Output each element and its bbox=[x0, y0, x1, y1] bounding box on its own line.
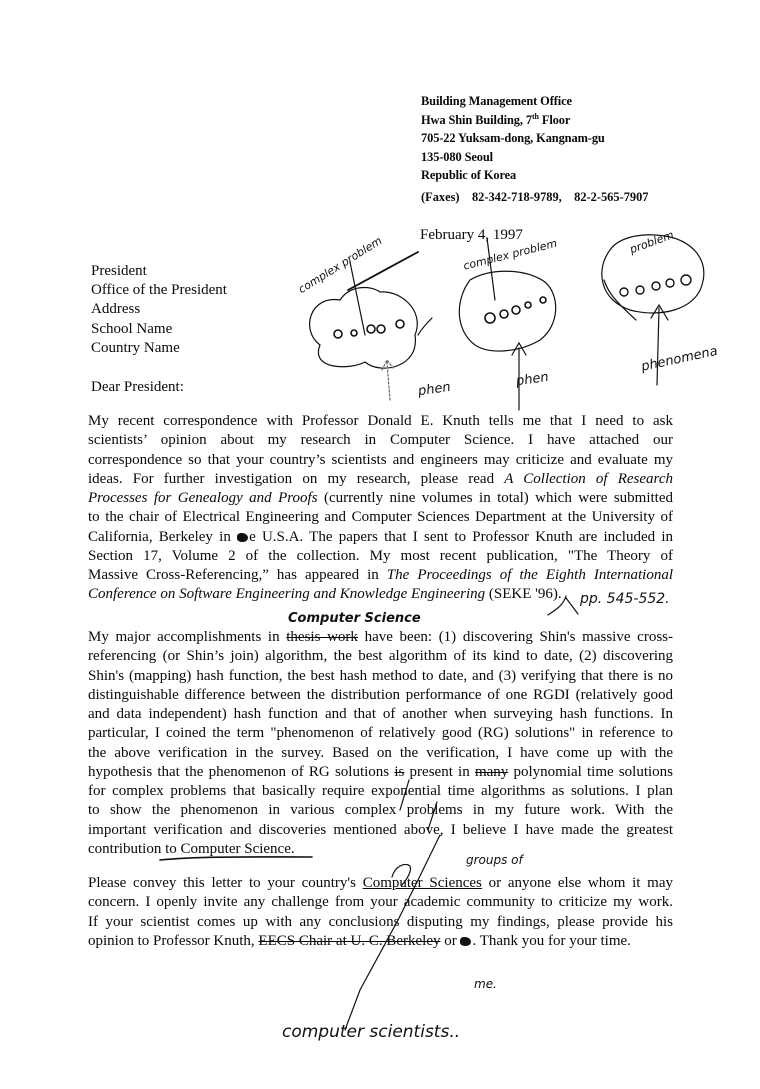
faxes-label: (Faxes) bbox=[421, 190, 460, 204]
book-title: A Collection of Research bbox=[504, 471, 673, 487]
underlined-text: Computer Sciences bbox=[363, 875, 482, 891]
paragraph-3-line: If your scientist comes up with any conc… bbox=[88, 913, 673, 932]
hw-diagram-3-label: problem bbox=[628, 228, 675, 256]
text-run: California, Berkeley in bbox=[88, 529, 237, 545]
sender-org: Building Management Office bbox=[421, 92, 605, 111]
paragraph-3-line: Please convey this letter to your countr… bbox=[88, 874, 673, 893]
paragraph-2-line: for complex problems that basically requ… bbox=[88, 782, 673, 801]
sender-postal-city: 135-080 Seoul bbox=[421, 148, 605, 167]
salutation: Dear President: bbox=[91, 379, 184, 396]
paragraph-2-line: hypothesis that the phenomenon of RG sol… bbox=[88, 763, 673, 782]
diagram-1-dots bbox=[334, 320, 404, 338]
hw-diagram-1-arrow-label: phen bbox=[417, 380, 452, 399]
paragraph-2-line: Shin's (mapping) hash function, the best… bbox=[88, 667, 673, 686]
diagram-1-up-arrow bbox=[382, 360, 393, 400]
sender-building-sup: th bbox=[532, 112, 539, 121]
text-run: (SEKE '96). bbox=[485, 586, 561, 602]
struck-text: is bbox=[394, 764, 404, 780]
paragraph-2-line: and data independent) hash function and … bbox=[88, 705, 673, 724]
text-run: or bbox=[440, 933, 460, 949]
ink-blot-icon bbox=[460, 937, 471, 946]
text-run: or anyone else whom it may bbox=[482, 875, 673, 891]
recipient-school: School Name bbox=[91, 320, 227, 339]
paragraph-1-line: My recent correspondence with Professor … bbox=[88, 412, 673, 431]
paragraph-2-line: to show the phenomenon in various comple… bbox=[88, 801, 673, 820]
text-run: polynomial time solutions bbox=[508, 764, 673, 780]
recipient-address: Address bbox=[91, 300, 227, 319]
paragraph-2-line: contribution to Computer Science. bbox=[88, 840, 673, 859]
diagram-3-up-arrow bbox=[651, 305, 668, 385]
sender-address-block: Building Management Office Hwa Shin Buil… bbox=[421, 92, 605, 185]
hw-computer-scientists-note: computer scientists.. bbox=[282, 1022, 460, 1042]
text-run: My major accomplishments in bbox=[88, 629, 286, 645]
hw-groups-of-note: groups of bbox=[466, 853, 523, 867]
hw-diagram-3-arrow-label: phenomena bbox=[640, 344, 719, 375]
diagram-3-tail bbox=[604, 280, 636, 320]
faxes-numbers: 82-342-718-9789, 82-2-565-7907 bbox=[472, 190, 649, 204]
paragraph-2-line: referencing (or Shin’s join) algorithm, … bbox=[88, 647, 673, 666]
recipient-office: Office of the President bbox=[91, 281, 227, 300]
text-run: e U.S.A. The papers that I sent to Profe… bbox=[249, 529, 673, 545]
hw-diagram-2-arrow-label: phen bbox=[515, 370, 550, 389]
paragraph-1-line: correspondence so that your country’s sc… bbox=[88, 451, 673, 470]
hw-pages-note: pp. 545-552. bbox=[580, 591, 670, 607]
paragraph-2-line: particular, I coined the term "phenomeno… bbox=[88, 724, 673, 743]
proceedings-title: Conference on Software Engineering and K… bbox=[88, 586, 485, 602]
paragraph-1-line: California, Berkeley in e U.S.A. The pap… bbox=[88, 528, 673, 547]
text-run: Massive Cross-Referencing,” has appeared… bbox=[88, 567, 387, 583]
text-run: (currently nine volumes in total) which … bbox=[318, 490, 673, 506]
diagram-1-label-arrow bbox=[350, 262, 365, 335]
sender-building-name: Hwa Shin Building, 7 bbox=[421, 113, 532, 127]
text-run: . Thank you for your time. bbox=[472, 933, 630, 949]
paragraph-2-line: the above verification in the survey. Ba… bbox=[88, 744, 673, 763]
paragraph-1-line: Section 17, Volume 2 of the collection. … bbox=[88, 547, 673, 566]
recipient-title: President bbox=[91, 262, 227, 281]
struck-text: EECS Chair at U. C. Berkeley bbox=[258, 933, 440, 949]
hw-me-note: me. bbox=[474, 977, 497, 991]
text-run: hypothesis that the phenomenon of RG sol… bbox=[88, 764, 394, 780]
paragraph-1: My recent correspondence with Professor … bbox=[88, 412, 673, 605]
text-run: present in bbox=[404, 764, 475, 780]
proceedings-title: The Proceedings of the Eighth Internatio… bbox=[387, 567, 673, 583]
paragraph-1-line: Processes for Genealogy and Proofs (curr… bbox=[88, 489, 673, 508]
hw-diagram-1-label: complex problem bbox=[296, 234, 384, 296]
diagram-2-dots bbox=[485, 297, 546, 323]
paragraph-2-line: My major accomplishments in thesis work … bbox=[88, 628, 673, 647]
sender-faxes: (Faxes) 82-342-718-9789, 82-2-565-7907 bbox=[421, 190, 648, 205]
paragraph-2-line: distinguishable difference between the d… bbox=[88, 686, 673, 705]
diagram-2-label-arrow bbox=[487, 238, 495, 300]
diagram-3-dots bbox=[620, 275, 691, 296]
diagram-1-outline bbox=[310, 287, 418, 368]
sender-building-floor: Floor bbox=[539, 113, 570, 127]
paragraph-2: My major accomplishments in thesis work … bbox=[88, 628, 673, 859]
paragraph-1-line: Massive Cross-Referencing,” has appeared… bbox=[88, 566, 673, 585]
sender-country: Republic of Korea bbox=[421, 166, 605, 185]
text-run: have been: (1) discovering Shin's massiv… bbox=[358, 629, 673, 645]
sender-street: 705-22 Yuksam-dong, Kangnam-gu bbox=[421, 129, 605, 148]
recipient-country: Country Name bbox=[91, 339, 227, 358]
text-run: ideas. For further investigation on my r… bbox=[88, 471, 504, 487]
sender-building: Hwa Shin Building, 7th Floor bbox=[421, 111, 605, 130]
struck-text: thesis work bbox=[286, 629, 358, 645]
text-run: opinion to Professor Knuth, bbox=[88, 933, 258, 949]
recipient-block: President Office of the President Addres… bbox=[91, 262, 227, 358]
diagram-1-tail bbox=[418, 318, 432, 335]
paragraph-1-line: to the chair of Electrical Engineering a… bbox=[88, 508, 673, 527]
text-run: Please convey this letter to your countr… bbox=[88, 875, 363, 891]
paragraph-1-line: ideas. For further investigation on my r… bbox=[88, 470, 673, 489]
diagram-2-outline bbox=[459, 271, 555, 351]
paragraph-3-line: opinion to Professor Knuth, EECS Chair a… bbox=[88, 932, 673, 951]
paragraph-1-line: scientists’ opinion about my research in… bbox=[88, 431, 673, 450]
paragraph-2-line: important verification and discoveries m… bbox=[88, 821, 673, 840]
struck-text: many bbox=[475, 764, 508, 780]
paragraph-3: Please convey this letter to your countr… bbox=[88, 874, 673, 951]
hw-computer-science-note: Computer Science bbox=[288, 611, 421, 626]
ink-blot-icon bbox=[237, 533, 248, 542]
paragraph-3-line: concern. I openly invite any challenge f… bbox=[88, 893, 673, 912]
book-title: Processes for Genealogy and Proofs bbox=[88, 490, 318, 506]
letter-date: February 4, 1997 bbox=[420, 227, 523, 244]
